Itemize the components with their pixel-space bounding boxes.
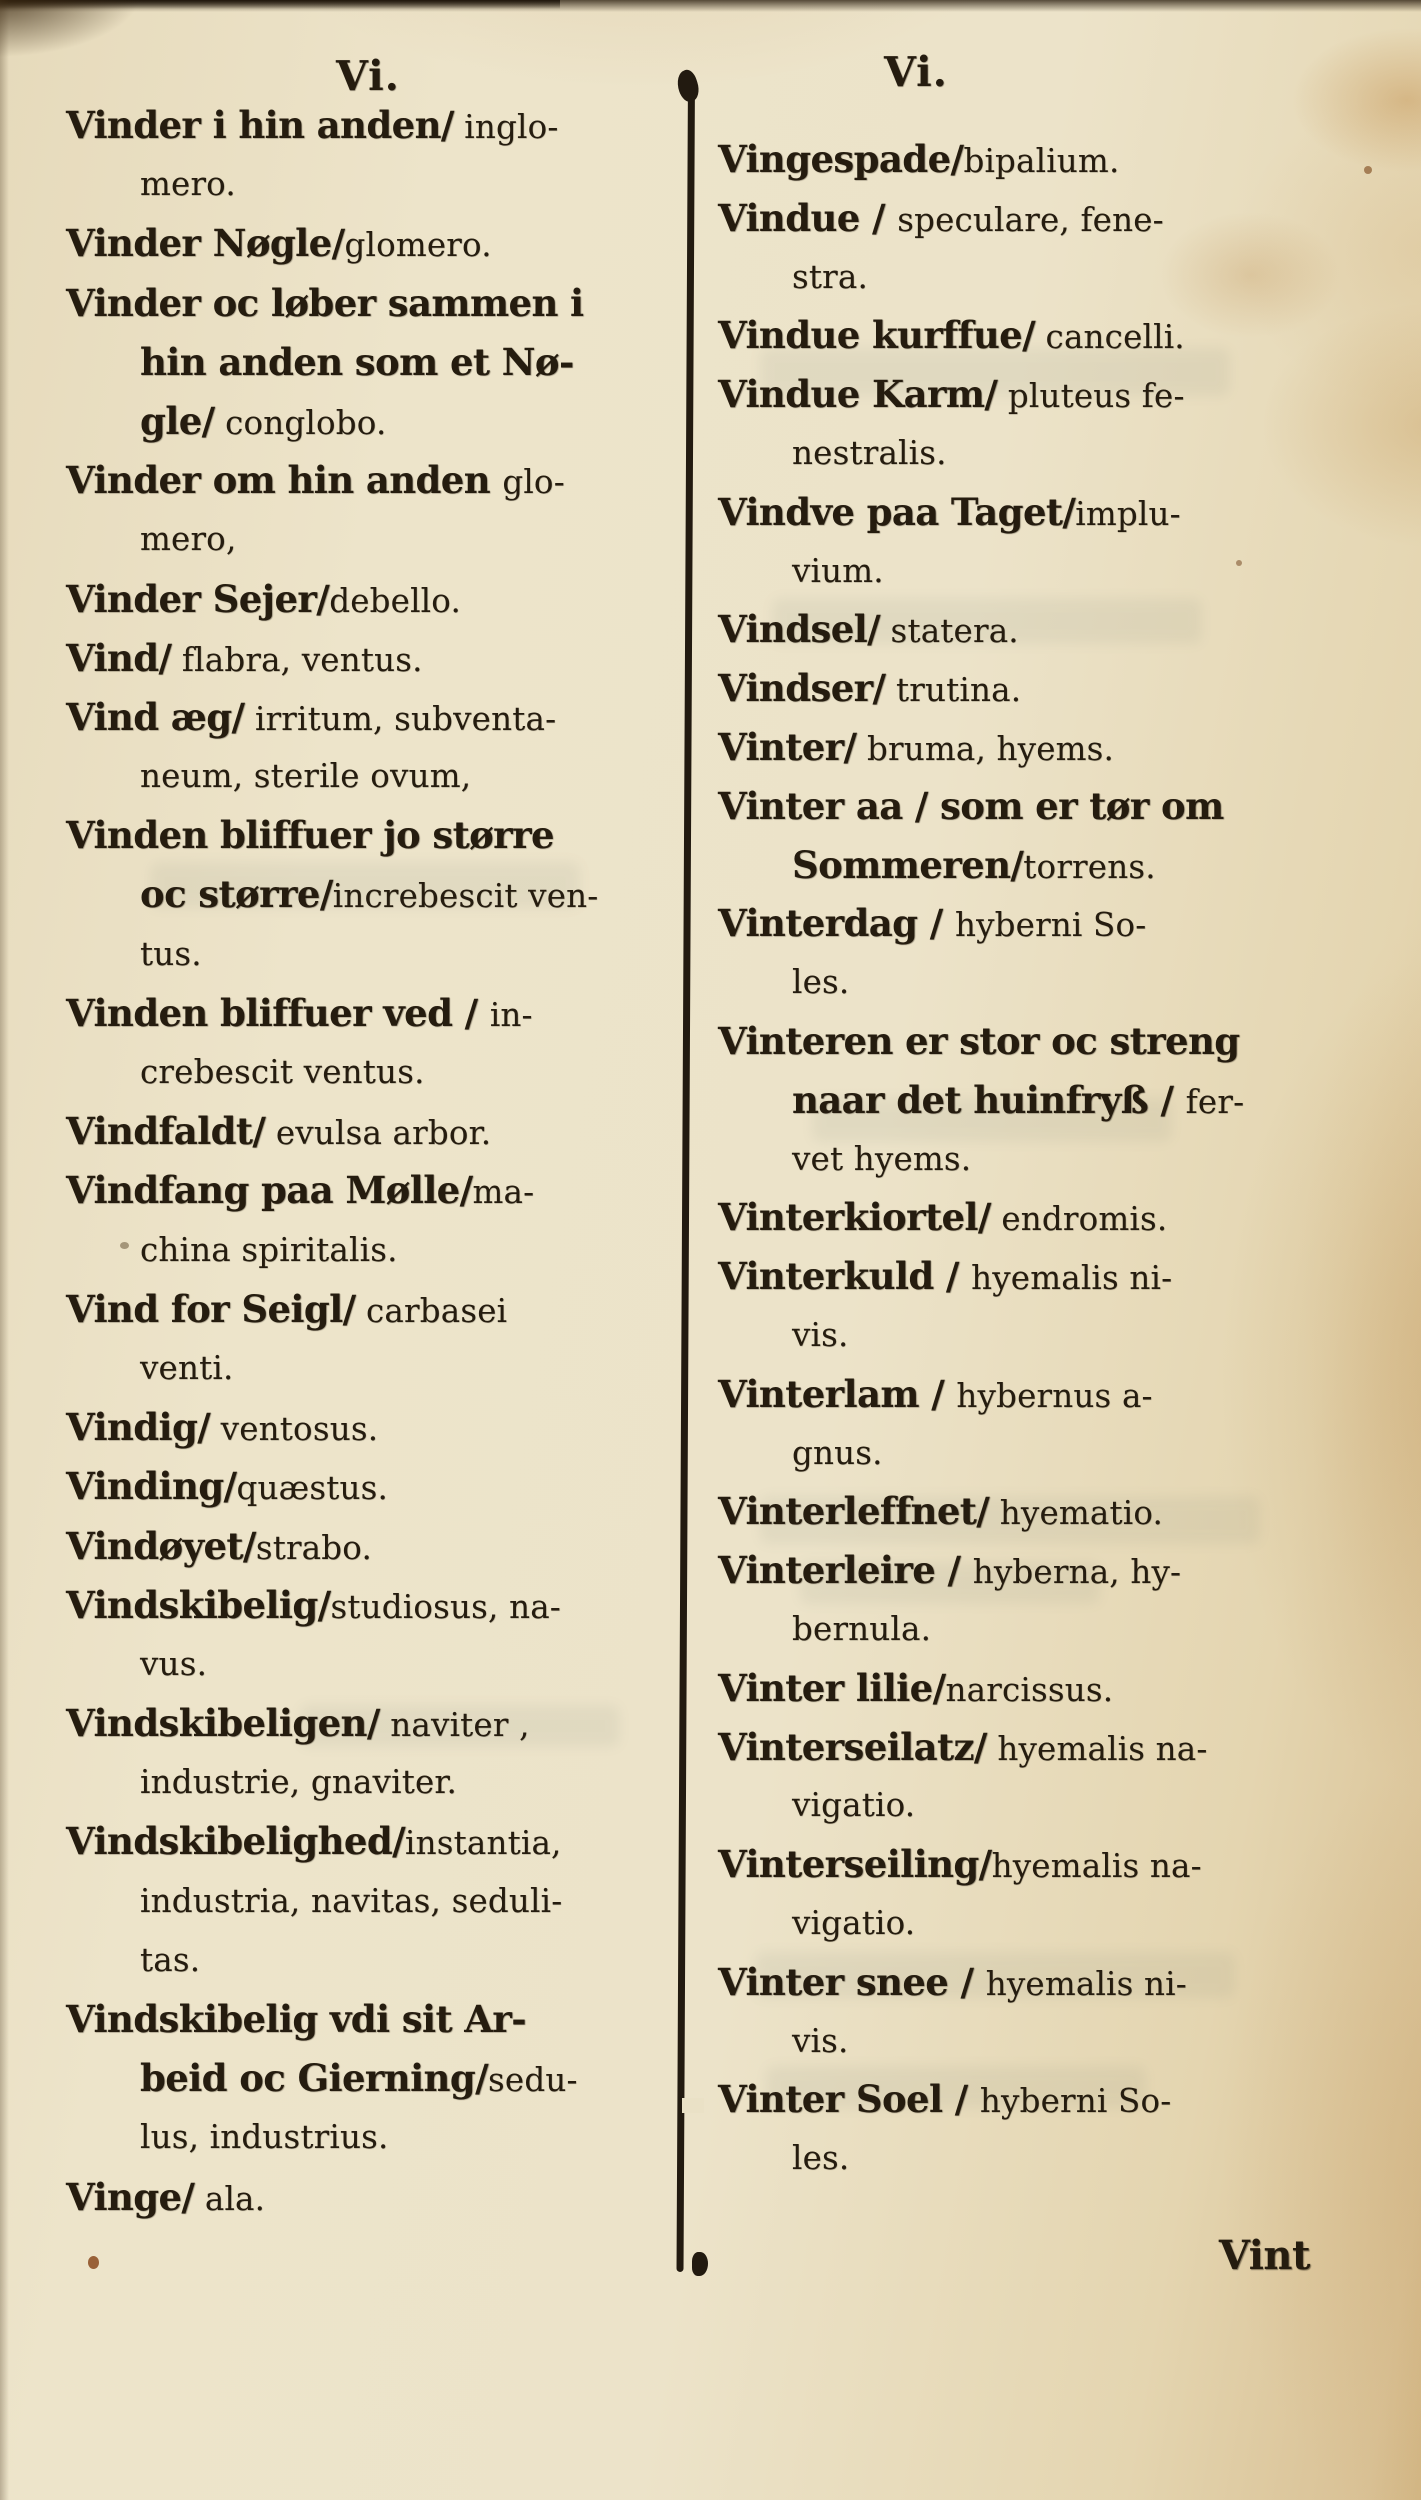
entry-line: Vinter aa / som er tør om	[718, 777, 1406, 836]
entry-line: Vinterseiling/hyemalis na-	[718, 1835, 1406, 1894]
entry-line: Vindue / speculare, fene-	[718, 189, 1406, 248]
entry-line: Vind/ flabra, ventus.	[66, 629, 718, 688]
danish-headword-text: Vindskibeligen/	[66, 1701, 380, 1745]
danish-headword-text: Vinding/	[66, 1464, 236, 1508]
scan-edge-left	[0, 0, 9, 2500]
entry-line: tus.	[66, 925, 718, 984]
latin-gloss-text: vet hyems.	[792, 1140, 971, 1178]
entry-line: les.	[718, 953, 1406, 1012]
danish-headword-text: oc større/	[140, 872, 333, 916]
entry-line: stra.	[718, 248, 1406, 307]
latin-gloss-text: glomero.	[344, 226, 491, 264]
danish-headword-text: Vindig/	[66, 1405, 210, 1449]
latin-gloss-text: speculare, fene-	[897, 201, 1164, 239]
latin-gloss-text: ventosus.	[210, 1410, 378, 1448]
entry-line: Vinterseilatz/ hyemalis na-	[718, 1718, 1406, 1777]
entry-line: Vind æg/ irritum, subventa-	[66, 688, 718, 747]
entry-line: Vindfang paa Mølle/ma-	[66, 1161, 718, 1220]
danish-headword-text: Vindfang paa Mølle/	[66, 1168, 473, 1212]
latin-gloss-text: debello.	[329, 582, 461, 620]
latin-gloss-text: fer-	[1186, 1083, 1245, 1121]
danish-headword-text: Vinder Sejer/	[66, 577, 329, 621]
latin-gloss-text: bipalium.	[963, 142, 1119, 180]
latin-gloss-text: torrens.	[1023, 848, 1155, 886]
entry-line: Vinterkuld / hyemalis ni-	[718, 1247, 1406, 1306]
entry-line: industria, navitas, seduli-	[66, 1872, 718, 1931]
entry-line: Vindskibelighed/instantia,	[66, 1812, 718, 1871]
entry-line: crebescit ventus.	[66, 1043, 718, 1102]
danish-headword-text: Vinden bliffuer jo større	[66, 813, 554, 857]
latin-gloss-text: hyemalis na-	[987, 1730, 1208, 1768]
latin-gloss-text: ma-	[473, 1173, 535, 1211]
entry-line: hin anden som et Nø-	[66, 333, 718, 392]
danish-headword-text: Sommeren/	[792, 843, 1023, 887]
danish-headword-text: Vinterleffnet/	[718, 1489, 989, 1533]
entry-line: mero,	[66, 510, 718, 569]
entry-line: oc større/increbescit ven-	[66, 865, 718, 924]
danish-headword-text: Vinterseiling/	[718, 1842, 992, 1886]
entry-line: Vinteren er stor oc streng	[718, 1012, 1406, 1071]
danish-headword-text: Vindskibelighed/	[66, 1819, 405, 1863]
latin-gloss-text: conglobo.	[215, 404, 387, 442]
entry-line: Vinterleire / hyberna, hy-	[718, 1541, 1406, 1600]
entry-line: Vinterkiortel/ endromis.	[718, 1188, 1406, 1247]
entry-line: beid oc Gierning/sedu-	[66, 2049, 718, 2108]
danish-headword-text: Vind/	[66, 636, 171, 680]
latin-gloss-text: bernula.	[792, 1610, 931, 1648]
entry-line: Vindsel/ statera.	[718, 600, 1406, 659]
entry-line: Sommeren/torrens.	[718, 836, 1406, 895]
entry-line: vigatio.	[718, 1776, 1406, 1835]
latin-gloss-text: carbasei	[356, 1292, 508, 1330]
latin-gloss-text: venti.	[140, 1349, 234, 1387]
latin-gloss-text: crebescit ventus.	[140, 1053, 425, 1091]
latin-gloss-text: studiosus, na-	[331, 1588, 561, 1626]
latin-gloss-text: evulsa arbor.	[265, 1114, 491, 1152]
latin-gloss-text: endromis.	[991, 1200, 1168, 1238]
ink-speck	[1236, 560, 1242, 566]
entry-line: bernula.	[718, 1600, 1406, 1659]
latin-gloss-text: trutina.	[885, 671, 1021, 709]
entry-line: vis.	[718, 2012, 1406, 2071]
entry-line: Vindskibelig/studiosus, na-	[66, 1576, 718, 1635]
danish-headword-text: Vinterkuld /	[718, 1254, 971, 1298]
entry-line: Vind for Seigl/ carbasei	[66, 1280, 718, 1339]
entry-line: Vindskibelig vdi sit Ar-	[66, 1990, 718, 2049]
danish-headword-text: Vinder i hin anden/	[66, 103, 454, 147]
entry-line: Vindve paa Taget/implu-	[718, 483, 1406, 542]
entry-line: Vinden bliffuer jo større	[66, 806, 718, 865]
entry-line: Vinter snee / hyemalis ni-	[718, 1953, 1406, 2012]
danish-headword-text: Vinterkiortel/	[718, 1195, 991, 1239]
latin-gloss-text: tus.	[140, 935, 202, 973]
entry-line: Vinden bliffuer ved / in-	[66, 984, 718, 1043]
latin-gloss-text: neum, sterile ovum,	[140, 757, 471, 795]
latin-gloss-text: les.	[792, 963, 849, 1001]
entry-line: tas.	[66, 1931, 718, 1990]
latin-gloss-text: instantia,	[405, 1824, 562, 1862]
latin-gloss-text: quæstus.	[236, 1469, 388, 1507]
entry-line: Vindig/ ventosus.	[66, 1398, 718, 1457]
entry-line: les.	[718, 2129, 1406, 2188]
latin-gloss-text: glo-	[502, 463, 565, 501]
latin-gloss-text: increbescit ven-	[333, 877, 599, 915]
entry-line: Vinter/ bruma, hyems.	[718, 718, 1406, 777]
latin-gloss-text: hyberna, hy-	[973, 1553, 1182, 1591]
latin-gloss-text: vium.	[792, 552, 884, 590]
entry-line: lus, industrius.	[66, 2108, 718, 2167]
entry-line: Vinder Nøgle/glomero.	[66, 214, 718, 273]
ink-speck	[88, 2256, 99, 2269]
entry-line: Vindue Karm/ pluteus fe-	[718, 365, 1406, 424]
entry-line: Vindskibeligen/ naviter ,	[66, 1694, 718, 1753]
danish-headword-text: Vinter aa / som er tør om	[718, 784, 1224, 828]
latin-gloss-text: vigatio.	[792, 1786, 915, 1824]
danish-headword-text: Vingespade/	[718, 137, 963, 181]
latin-gloss-text: statera.	[880, 612, 1019, 650]
entry-line: Vinterleffnet/ hyematio.	[718, 1482, 1406, 1541]
latin-gloss-text: bruma, hyems.	[856, 730, 1114, 768]
ink-speck	[1364, 166, 1372, 174]
danish-headword-text: Vindfaldt/	[66, 1109, 265, 1153]
danish-headword-text: Vinter lilie/	[718, 1666, 946, 1710]
danish-headword-text: Vindue /	[718, 196, 897, 240]
latin-gloss-text: mero.	[140, 165, 236, 203]
entry-line: vis.	[718, 1306, 1406, 1365]
danish-headword-text: Vinterlam /	[718, 1372, 956, 1416]
latin-gloss-text: irritum, subventa-	[244, 700, 556, 738]
danish-headword-text: Vinterleire /	[718, 1548, 973, 1592]
latin-gloss-text: industrie, gnaviter.	[140, 1763, 457, 1801]
latin-gloss-text: hyberni So-	[980, 2082, 1172, 2120]
danish-headword-text: gle/	[140, 399, 215, 443]
danish-headword-text: Vinter snee /	[718, 1960, 986, 2004]
running-head-left: Vi.	[336, 52, 400, 100]
entry-line: Vinding/quæstus.	[66, 1457, 718, 1516]
latin-gloss-text: strabo.	[256, 1529, 372, 1567]
entry-line: Vindser/ trutina.	[718, 659, 1406, 718]
danish-headword-text: Vindskibelig/	[66, 1583, 331, 1627]
latin-gloss-text: naviter ,	[380, 1706, 530, 1744]
entry-line: china spiritalis.	[66, 1221, 718, 1280]
latin-gloss-text: china spiritalis.	[140, 1231, 398, 1269]
catchword: Vint	[1040, 2232, 1310, 2279]
danish-headword-text: naar det huinfryß /	[792, 1078, 1186, 1122]
latin-gloss-text: lus, industrius.	[140, 2118, 389, 2156]
entry-line: gle/ conglobo.	[66, 392, 718, 451]
danish-headword-text: Vinden bliffuer ved /	[66, 991, 490, 1035]
latin-gloss-text: narcissus.	[946, 1671, 1114, 1709]
entry-line: industrie, gnaviter.	[66, 1753, 718, 1812]
scan-corner-dark-patch	[0, 0, 142, 58]
entry-line: Vinder i hin anden/ inglo-	[66, 96, 718, 155]
column-divider-rule	[692, 2252, 708, 2276]
entry-line: vium.	[718, 542, 1406, 601]
danish-headword-text: Vinteren er stor oc streng	[718, 1019, 1240, 1063]
entry-line: Vinterdag / hyberni So-	[718, 894, 1406, 953]
latin-gloss-text: sedu-	[488, 2061, 578, 2099]
danish-headword-text: Vinder oc løber sammen i	[66, 281, 584, 325]
danish-headword-text: Vindøyet/	[66, 1524, 256, 1568]
danish-headword-text: beid oc Gierning/	[140, 2056, 488, 2100]
latin-gloss-text: hyemalis ni-	[971, 1259, 1172, 1297]
entry-line: Vindue kurffue/ cancelli.	[718, 306, 1406, 365]
latin-gloss-text: mero,	[140, 520, 237, 558]
danish-headword-text: Vinge/	[66, 2175, 194, 2219]
latin-gloss-text: pluteus fe-	[997, 377, 1184, 415]
latin-gloss-text: gnus.	[792, 1434, 883, 1472]
latin-gloss-text: hyberni So-	[955, 906, 1147, 944]
danish-headword-text: Vinterdag /	[718, 901, 955, 945]
latin-gloss-text: les.	[792, 2139, 849, 2177]
danish-headword-text: Vinter/	[718, 725, 856, 769]
ink-speck	[120, 1242, 129, 1249]
latin-gloss-text: inglo-	[454, 108, 559, 146]
latin-gloss-text: hybernus a-	[956, 1377, 1152, 1415]
latin-gloss-text: hyemalis ni-	[986, 1965, 1187, 2003]
latin-gloss-text: hyemalis na-	[992, 1847, 1202, 1885]
danish-headword-text: Vinder Nøgle/	[66, 221, 344, 265]
danish-headword-text: Vindue kurffue/	[718, 313, 1035, 357]
entry-line: Vinge/ ala.	[66, 2168, 718, 2227]
danish-headword-text: Vindue Karm/	[718, 372, 997, 416]
entry-line: vus.	[66, 1635, 718, 1694]
entry-line: vet hyems.	[718, 1130, 1406, 1189]
danish-headword-text: Vindskibelig vdi sit Ar-	[66, 1997, 526, 2041]
danish-headword-text: Vinter Soel /	[718, 2077, 980, 2121]
latin-gloss-text: stra.	[792, 258, 868, 296]
latin-gloss-text: vigatio.	[792, 1904, 915, 1942]
latin-gloss-text: cancelli.	[1035, 318, 1185, 356]
latin-gloss-text: implu-	[1075, 495, 1181, 533]
running-head-right: Vi.	[884, 48, 948, 96]
danish-headword-text: Vind æg/	[66, 695, 244, 739]
entry-line: gnus.	[718, 1424, 1406, 1483]
danish-headword-text: Vindve paa Taget/	[718, 490, 1075, 534]
danish-headword-text: Vinder om hin anden	[66, 458, 502, 502]
entry-line: mero.	[66, 155, 718, 214]
entry-line: naar det huinfryß / fer-	[718, 1071, 1406, 1130]
latin-gloss-text: nestralis.	[792, 434, 947, 472]
danish-headword-text: Vind for Seigl/	[66, 1287, 356, 1331]
latin-gloss-text: tas.	[140, 1941, 200, 1979]
entry-line: neum, sterile ovum,	[66, 747, 718, 806]
entry-line: Vinterlam / hybernus a-	[718, 1365, 1406, 1424]
entry-line: Vinder oc løber sammen i	[66, 274, 718, 333]
entry-line: Vinder om hin anden glo-	[66, 451, 718, 510]
entry-line: Vinter Soel / hyberni So-	[718, 2070, 1406, 2129]
dictionary-column-left: Vinder i hin anden/ inglo-mero.Vinder Nø…	[66, 96, 718, 2227]
entry-line: nestralis.	[718, 424, 1406, 483]
latin-gloss-text: flabra, ventus.	[171, 641, 422, 679]
entry-line: venti.	[66, 1339, 718, 1398]
dictionary-column-right: Vingespade/bipalium.Vindue / speculare, …	[718, 130, 1406, 2188]
latin-gloss-text: vis.	[792, 2022, 849, 2060]
latin-gloss-text: hyematio.	[989, 1494, 1163, 1532]
danish-headword-text: Vindser/	[718, 666, 885, 710]
scanned-book-page: Vi. Vi. Vinder i hin anden/ inglo-mero.V…	[0, 0, 1421, 2500]
latin-gloss-text: in-	[490, 996, 533, 1034]
latin-gloss-text: industria, navitas, seduli-	[140, 1882, 562, 1920]
entry-line: Vindøyet/strabo.	[66, 1517, 718, 1576]
latin-gloss-text: vis.	[792, 1316, 849, 1354]
latin-gloss-text: ala.	[194, 2180, 265, 2218]
entry-line: vigatio.	[718, 1894, 1406, 1953]
danish-headword-text: hin anden som et Nø-	[140, 340, 574, 384]
entry-line: Vindfaldt/ evulsa arbor.	[66, 1102, 718, 1161]
entry-line: Vinder Sejer/debello.	[66, 570, 718, 629]
entry-line: Vingespade/bipalium.	[718, 130, 1406, 189]
entry-line: Vinter lilie/narcissus.	[718, 1659, 1406, 1718]
danish-headword-text: Vinterseilatz/	[718, 1725, 987, 1769]
latin-gloss-text: vus.	[140, 1645, 207, 1683]
danish-headword-text: Vindsel/	[718, 607, 880, 651]
